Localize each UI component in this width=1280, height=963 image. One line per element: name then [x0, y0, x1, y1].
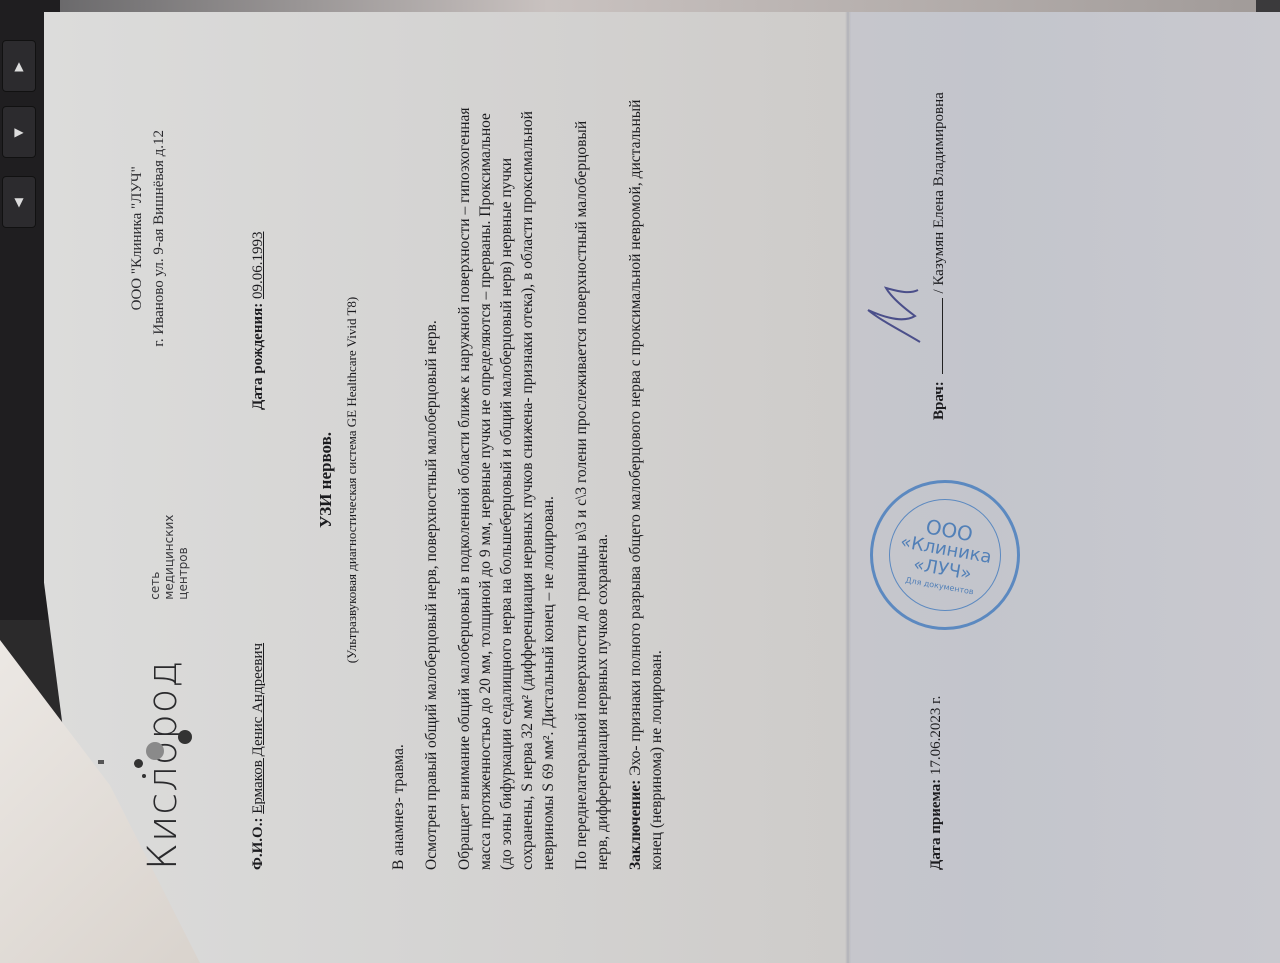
clinic-address: г. Иваново ул. 9-ая Вишнёвая д.12: [148, 130, 170, 347]
conclusion-paragraph: Заключение: Эхо- признаки полного разрыв…: [625, 90, 667, 870]
examined-paragraph: Осмотрен правый общий малоберцовый нерв,…: [421, 90, 442, 870]
visit-date-value: 17.06.2023 г.: [928, 696, 944, 775]
stamp-line: «ЛУЧ»: [912, 554, 973, 584]
stamp-note: Для документов: [905, 575, 975, 596]
arrow-up-key-icon: ▲: [2, 40, 36, 92]
conclusion-label: Заключение:: [627, 780, 644, 870]
logo-tagline-line: медицинских: [162, 515, 176, 600]
visit-date-label: Дата приема:: [928, 779, 944, 870]
signature-line: [928, 298, 943, 374]
stamp-line: «Клиника: [899, 532, 993, 568]
findings-paragraph: По переднелатеральной поверхности до гра…: [571, 90, 613, 870]
birth-date-label: Дата рождения:: [250, 303, 266, 410]
report-body: В анамнез- травма. Осмотрен правый общий…: [388, 90, 679, 870]
birth-date-row: Дата рождения: 09.06.1993: [250, 232, 267, 410]
logo-tagline: сеть медицинских центров: [148, 515, 190, 600]
doctor-row: Врач: / Казумян Елена Владимировна: [928, 92, 948, 420]
clinic-name: ООО "Клиника "ЛУЧ": [126, 130, 148, 347]
birth-date-value: 09.06.1993: [250, 232, 266, 300]
clinic-logo: Кислород сеть медицинских центров: [140, 515, 190, 870]
doctor-label: Врач:: [931, 381, 947, 420]
conclusion-text: Эхо- признаки полного разрыва общего мал…: [627, 100, 665, 870]
device-subtitle: (Ультразвуковая диагностическая система …: [344, 30, 360, 930]
anamnesis-paragraph: В анамнез- травма.: [388, 90, 409, 870]
stamp-line: ООО: [924, 516, 974, 544]
logo-tagline-line: центров: [176, 515, 190, 600]
doctor-signature-icon: [860, 260, 930, 350]
patient-name-value: Ермаков Денис Андреевич: [250, 643, 266, 814]
patient-name-label: Ф.И.О.:: [250, 818, 266, 870]
clinic-header: ООО "Клиника "ЛУЧ" г. Иваново ул. 9-ая В…: [126, 130, 170, 347]
medical-report-page: Кислород сеть медицинских центров ООО "К…: [100, 30, 1100, 930]
arrow-down-key-icon: ▼: [2, 176, 36, 228]
doctor-name: / Казумян Елена Владимировна: [931, 92, 947, 293]
arrow-right-key-icon: ▶: [2, 106, 36, 158]
clinic-stamp: ООО «Клиника «ЛУЧ» Для документов: [858, 468, 1032, 642]
report-title: УЗИ нервов.: [316, 30, 336, 930]
logo-tagline-line: сеть: [148, 515, 162, 600]
findings-paragraph: Обращает внимание общий малоберцовый в п…: [454, 90, 559, 870]
visit-date-row: Дата приема: 17.06.2023 г.: [928, 696, 945, 870]
patient-name-row: Ф.И.О.: Ермаков Денис Андреевич: [250, 643, 267, 870]
logo-wordmark: Кислород: [140, 660, 186, 870]
